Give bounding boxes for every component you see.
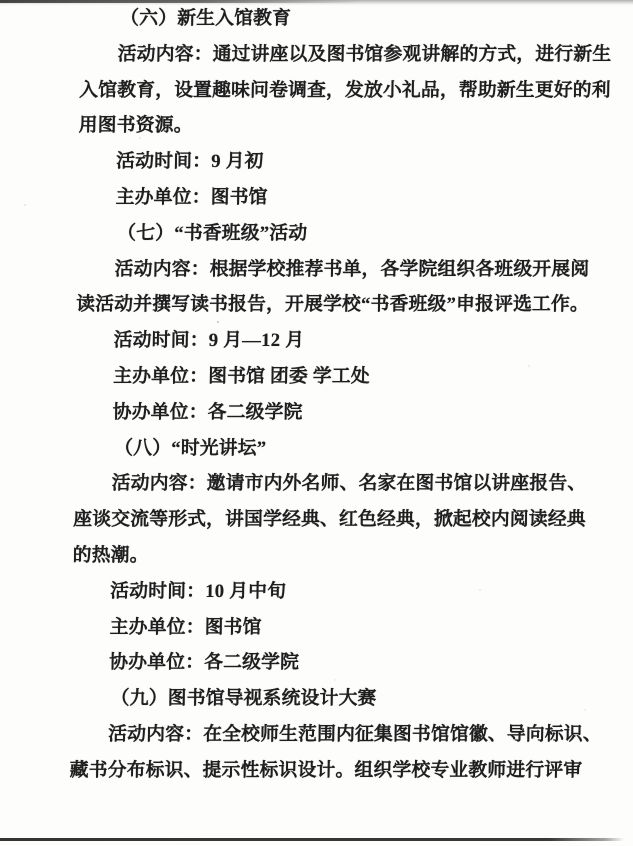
document-line: 活动内容：通过讲座以及图书馆参观讲解的方式，进行新生	[79, 37, 614, 73]
document-line: 协办单位：各二级学院	[75, 395, 610, 431]
document-line: 主办单位：图书馆	[77, 180, 612, 216]
document-line: 活动内容：在全校师生范围内征集图书馆馆徽、导向标识、	[70, 717, 605, 753]
document-line: 活动时间：10 月中旬	[72, 574, 607, 610]
document-line: 入馆教育，设置趣味问卷调查，发放小礼品，帮助新生更好的利	[79, 73, 614, 109]
document-line: （八）“时光讲坛”	[74, 431, 609, 467]
document-line: （九）图书馆导视系统设计大赛	[71, 681, 606, 717]
document-line: 藏书分布标识、提示性标识设计。组织学校专业教师进行评审	[70, 753, 605, 789]
document-line: 的热潮。	[73, 538, 608, 574]
page-bottom-rule	[0, 838, 624, 841]
document-line: 座谈交流等形式，讲国学经典、红色经典，掀起校内阅读经典	[73, 502, 608, 538]
document-line: 活动时间：9 月—12 月	[75, 323, 610, 359]
document-line: （六）新生入馆教育	[80, 1, 615, 37]
document-line: 活动时间：9 月初	[78, 144, 613, 180]
scanned-document-page: （六）新生入馆教育活动内容：通过讲座以及图书馆参观讲解的方式，进行新生入馆教育，…	[0, 0, 633, 846]
document-line: 主办单位：图书馆	[72, 610, 607, 646]
document-line: （七）“书香班级”活动	[77, 216, 612, 252]
document-line: 用图书资源。	[78, 108, 613, 144]
document-line: 读活动并撰写读书报告，开展学校“书香班级”申报评选工作。	[76, 287, 611, 323]
document-line: 活动内容：根据学校推荐书单，各学院组织各班级开展阅	[76, 252, 611, 288]
document-line: 活动内容：邀请市内外名师、名家在图书馆以讲座报告、	[74, 466, 609, 502]
document-body: （六）新生入馆教育活动内容：通过讲座以及图书馆参观讲解的方式，进行新生入馆教育，…	[70, 1, 616, 789]
document-line: 协办单位：各二级学院	[71, 645, 606, 681]
document-line: 主办单位：图书馆 团委 学工处	[75, 359, 610, 395]
